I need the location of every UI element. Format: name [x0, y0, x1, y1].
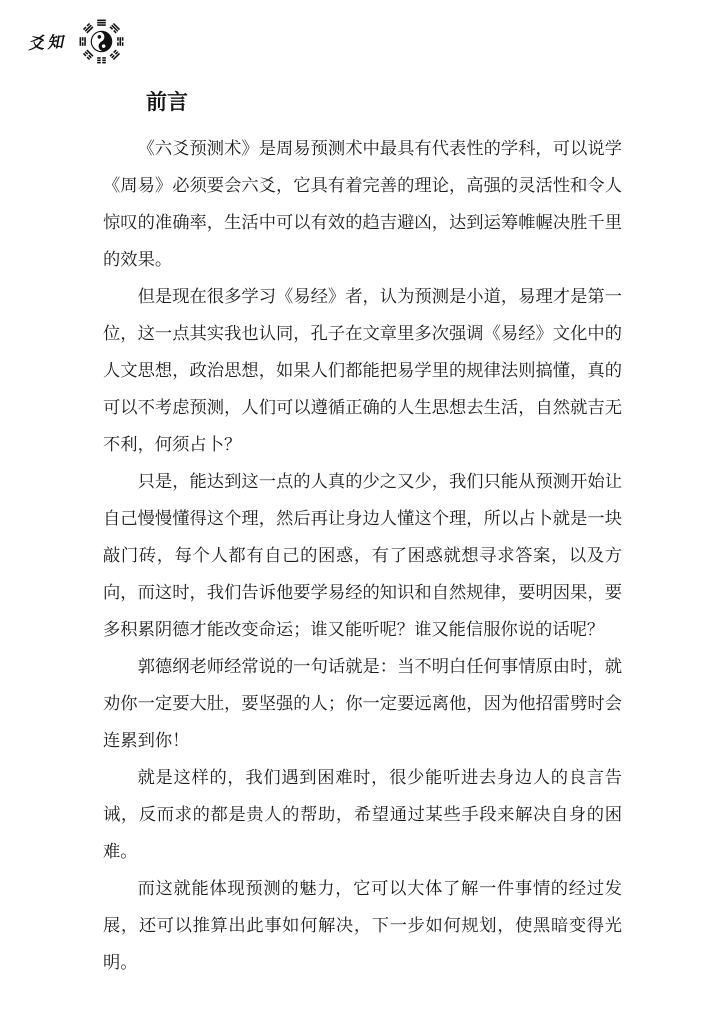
page-title: 前言: [146, 88, 622, 116]
document-page: 爻知: [0, 0, 724, 1024]
brand-text: 爻知: [27, 29, 66, 54]
publisher-logo: 爻知: [28, 18, 125, 65]
paragraph-6: 而这就能体现预测的魅力，它可以大体了解一件事情的经过发展，还可以推算出此事如何解…: [103, 870, 622, 981]
paragraph-2: 但是现在很多学习《易经》者，认为预测是小道，易理才是第一位，这一点其实我也认同，…: [103, 278, 622, 463]
bagua-yinyang-icon: [78, 18, 125, 65]
preface-content: 前言 《六爻预测术》是周易预测术中最具有代表性的学科，可以说学《周易》必须要会六…: [103, 88, 622, 981]
paragraph-4: 郭德纲老师经常说的一句话就是：当不明白任何事情原由时，就劝你一定要大肚，要坚强的…: [103, 648, 622, 759]
paragraph-1: 《六爻预测术》是周易预测术中最具有代表性的学科，可以说学《周易》必须要会六爻，它…: [103, 130, 622, 278]
paragraph-3: 只是，能达到这一点的人真的少之又少，我们只能从预测开始让自己慢慢懂得这个理，然后…: [103, 463, 622, 648]
paragraph-5: 就是这样的，我们遇到困难时，很少能听进去身边人的良言告诫，反而求的都是贵人的帮助…: [103, 759, 622, 870]
